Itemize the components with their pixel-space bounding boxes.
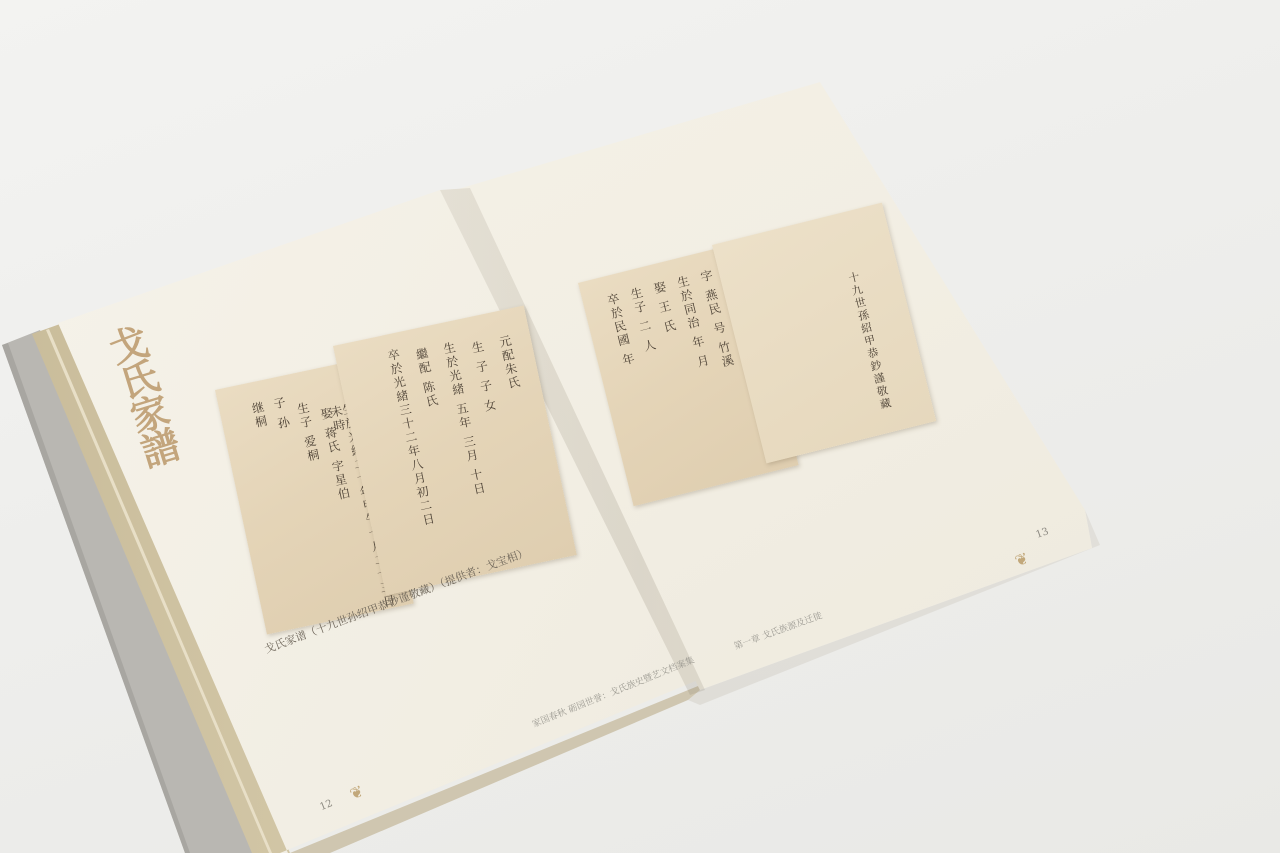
manuscript-column: 子 孙 bbox=[272, 396, 291, 432]
manuscript-column: 繼配 陈氏 bbox=[414, 347, 439, 410]
manuscript-column: 生子 爱桐 bbox=[296, 401, 321, 464]
manuscript-column: 生 子 子 女 bbox=[470, 340, 497, 414]
manuscript-column: 元配朱氏 bbox=[498, 334, 521, 391]
manuscript-column: 生子 二 人 bbox=[629, 286, 657, 355]
manuscript-column: 十九世孫紹甲恭鈔謹敬藏 bbox=[847, 271, 892, 412]
manuscript-column: 继桐 bbox=[250, 400, 268, 430]
manuscript-column: 娶 王 氏 bbox=[652, 280, 677, 335]
